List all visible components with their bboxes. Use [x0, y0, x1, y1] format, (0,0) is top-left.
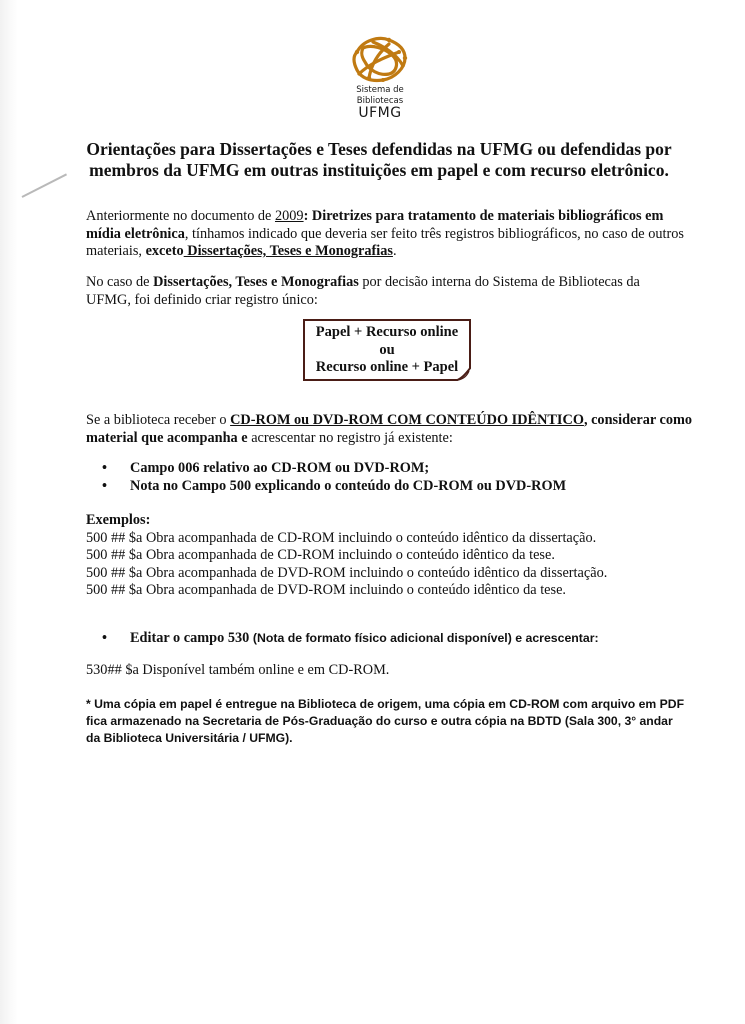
decision-paragraph: No caso de Dissertações, Teses e Monogra… [86, 274, 686, 309]
callout-line-1: Papel + Recurso online [305, 324, 469, 342]
intro-exception-list: Dissertações, Teses e Monografias [184, 243, 393, 259]
cdrom-identical-content: CD-ROM ou DVD-ROM COM CONTEÚDO IDÊNTICO [230, 412, 584, 428]
stray-pen-mark [22, 173, 67, 197]
intro-paragraph: Anteriormente no documento de 2009: Dire… [86, 208, 686, 261]
field-530-bullet: Editar o campo 530 (Nota de formato físi… [86, 630, 686, 648]
examples-block: Exemplos: 500 ## $a Obra acompanhada de … [86, 512, 686, 600]
bullet-edit-530: Editar o campo 530 (Nota de formato físi… [86, 630, 686, 648]
bullet-campo-500: Nota no Campo 500 explicando o conteúdo … [86, 478, 686, 496]
callout-line-2: ou [305, 342, 469, 360]
example-line: 500 ## $a Obra acompanhada de DVD-ROM in… [86, 565, 686, 583]
ufmg-library-logo: Sistema de Bibliotecas UFMG [344, 34, 416, 126]
cdrom-text-b: acrescentar no registro já existente: [248, 430, 453, 446]
intro-year: 2009 [275, 208, 304, 224]
cdrom-paragraph: Se a biblioteca receber o CD-ROM ou DVD-… [86, 412, 696, 447]
single-record-callout: Papel + Recurso online ou Recurso online… [303, 319, 471, 381]
cdrom-bullet-list: Campo 006 relativo ao CD-ROM ou DVD-ROM;… [86, 460, 686, 495]
callout-line-3: Recurso online + Papel [305, 359, 469, 377]
intro-text-a: Anteriormente no documento de [86, 208, 275, 224]
footnote: * Uma cópia em papel é entregue na Bibli… [86, 696, 686, 747]
cdrom-text-a: Se a biblioteca receber o [86, 412, 230, 428]
logo-line-bibliotecas: Bibliotecas [344, 97, 416, 106]
scan-left-edge-shadow [0, 0, 18, 1024]
decision-text-a: No caso de [86, 274, 153, 290]
title-line-2: membros da UFMG em outras instituições e… [84, 160, 674, 181]
title-line-1: Orientações para Dissertações e Teses de… [84, 139, 674, 160]
bullet-campo-006: Campo 006 relativo ao CD-ROM ou DVD-ROM; [86, 460, 686, 478]
edit-530-text: Editar o campo 530 [130, 630, 253, 646]
intro-exceto: exceto [146, 243, 184, 259]
document-title: Orientações para Dissertações e Teses de… [84, 139, 674, 181]
example-line: 500 ## $a Obra acompanhada de DVD-ROM in… [86, 582, 686, 600]
example-line: 500 ## $a Obra acompanhada de CD-ROM inc… [86, 547, 686, 565]
logo-line-ufmg: UFMG [344, 106, 416, 120]
logo-line-sistema: Sistema de [344, 86, 416, 95]
decision-materials: Dissertações, Teses e Monografias [153, 274, 359, 290]
page-curl-icon [455, 367, 471, 381]
field-530-example: 530## $a Disponível também online e em C… [86, 662, 686, 680]
intro-end: . [393, 243, 397, 259]
edit-530-note: (Nota de formato físico adicional dispon… [253, 631, 599, 645]
example-line: 500 ## $a Obra acompanhada de CD-ROM inc… [86, 530, 686, 548]
examples-heading: Exemplos: [86, 512, 686, 530]
knot-logo-icon [349, 34, 411, 84]
